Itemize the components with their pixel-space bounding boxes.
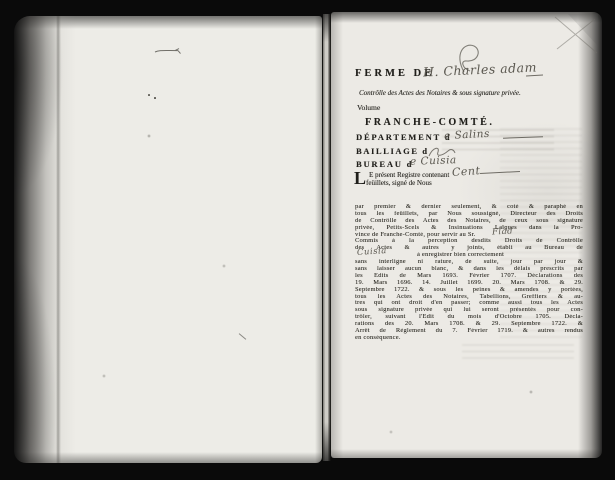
binding-gutter <box>322 14 331 461</box>
body-line: en conséquence. <box>355 335 583 342</box>
body-line: vince de Franche-Comté, pour servir au S… <box>355 232 583 239</box>
body-line: Arrêt de Règlement du 7. Février 1719. &… <box>355 328 583 335</box>
statement-line2: feüillets, signé de Nous <box>366 179 432 187</box>
body-line: les Edits de Mars 1693. Février 1707. Dé… <box>355 273 583 280</box>
count-handwritten: Cent <box>452 164 481 179</box>
body-line: Septembre 1722. & sous les peines & amen… <box>355 287 583 294</box>
body-line: de Contrôlle des Actes des Notaires, de … <box>355 218 583 225</box>
departement-handwritten: e Salins <box>444 128 490 142</box>
dropcap-L: L <box>354 170 366 187</box>
body-line: sans interligne ni rature, de suite, jou… <box>355 259 583 266</box>
body-line: sous signature privée qui lui seront pré… <box>355 307 583 314</box>
paper-speck <box>148 94 150 96</box>
body-line: trôler, suivant l'Edit du mois d'Octobre… <box>355 314 583 321</box>
bailliage-label: BAILLIAGE d <box>356 146 429 156</box>
bureau-handwritten: e Cuisia <box>410 154 457 168</box>
servir-handwritten: Flad <box>492 226 514 237</box>
body-line: tous les Actes des Notaires, Tabellions,… <box>355 294 583 301</box>
folded-corner-mark <box>552 14 600 56</box>
body-line: par premier & dernier seulement, & coté … <box>355 204 583 211</box>
bureau-place-handwritten: Cuisia <box>357 246 387 258</box>
body-line: 19. Mars 1696. 14. Juillet 1699. 20. Mar… <box>355 280 583 287</box>
body-line: rations des 20. Mars 1708. & 29. Septemb… <box>355 321 583 328</box>
body-line: tous les feüillets, par Nous soussigné, … <box>355 211 583 218</box>
body-line: tres qui ont droit d'en passer; comme au… <box>355 300 583 307</box>
body-line: Commis à la perception desdits Droits de… <box>355 238 583 245</box>
departement-label: DÉPARTEMENT d <box>356 132 451 142</box>
body-line: privée, Petits-Scels & Insinuations Laïq… <box>355 225 583 232</box>
volume-label: Volume <box>357 103 380 112</box>
body-paragraph: par premier & dernier seulement, & coté … <box>355 204 583 342</box>
bleed-through-text <box>462 344 574 360</box>
statement-line1: E présent Registre contenant <box>369 171 449 179</box>
body-line: des Actes & autres y joints, établi au B… <box>355 245 583 252</box>
left-page-blank <box>14 16 322 463</box>
body-line: sans laisser aucun blanc, & dans les dél… <box>355 266 583 273</box>
body-line: à enregistrer bien correctement <box>355 252 583 259</box>
pen-stroke-mark <box>154 46 184 56</box>
controle-subtitle: Contrôlle des Actes des Notaires & sous … <box>359 89 521 97</box>
archive-scan: FERME DE H. Charles adam Contrôlle des A… <box>0 0 615 480</box>
province-title: FRANCHE-COMTÉ. <box>365 117 494 128</box>
paper-speck <box>154 97 156 99</box>
